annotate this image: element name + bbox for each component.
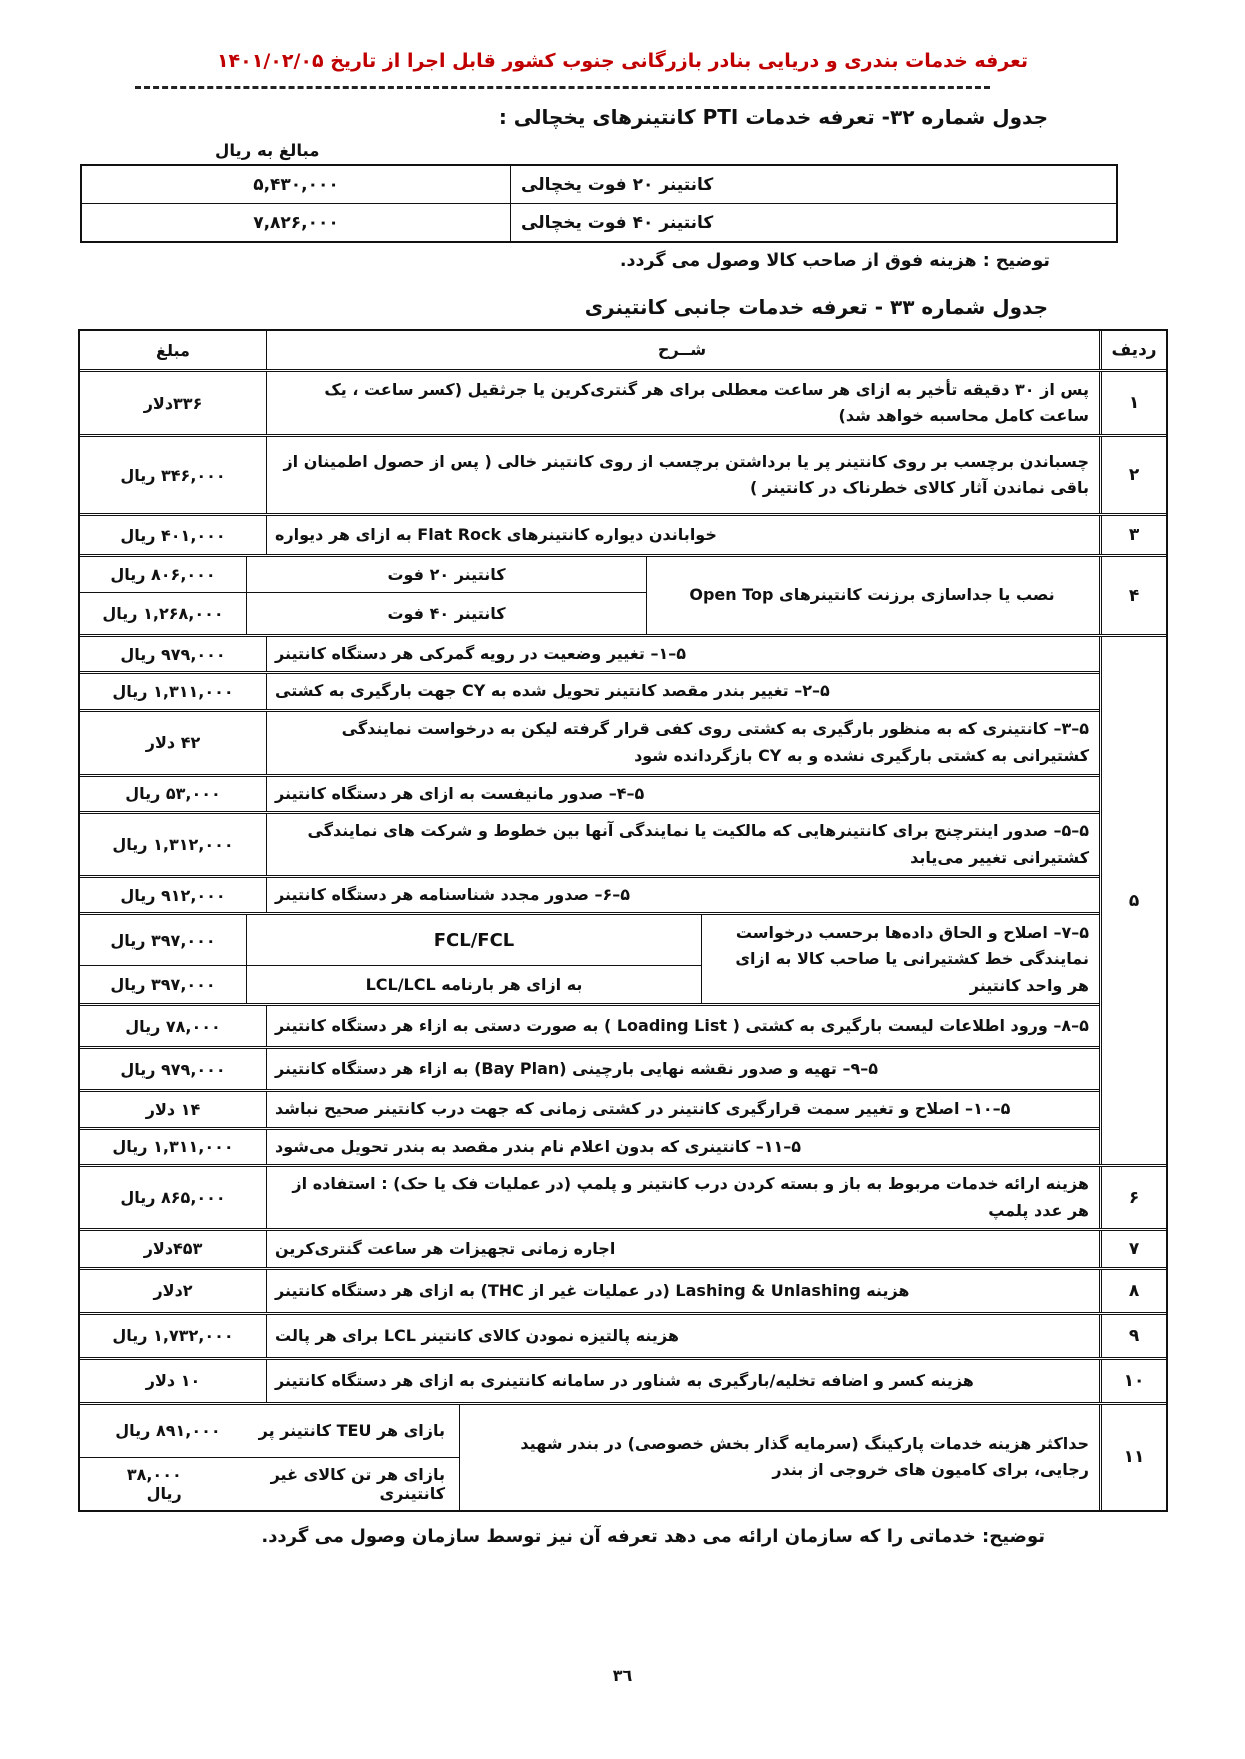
table-row: ۶ هزینه ارائه خدمات مربوط به باز و بسته … xyxy=(80,1164,1166,1228)
table-row: کانتینر ۲۰ فوت یخچالی ۵,۴۳۰,۰۰۰ xyxy=(82,166,1116,203)
service-description-cell: هزینه پالتیزه نمودن کالای کانتینر LCL بر… xyxy=(266,1315,1099,1357)
service-description-cell: هزینه Lashing & Unlashing (در عملیات غیر… xyxy=(266,1270,1099,1312)
amount-cell: ۱۴ دلار xyxy=(80,1092,266,1126)
amount-cell: ۲دلار xyxy=(80,1270,266,1312)
sub-label-cell: LCL/LCL به ازای هر بارنامه xyxy=(246,966,701,1003)
col-header-amount: مبلغ xyxy=(80,331,266,369)
sub-label-cell: کانتینر ۲۰ فوت xyxy=(246,557,646,592)
row-number-cell: ۱۱ xyxy=(1099,1405,1166,1510)
table-row: ۳ خواباندن دیواره کانتینرهای Flat Rock ب… xyxy=(80,513,1166,554)
table-row: کانتینر ۴۰ فوت یخچالی ۷,۸۲۶,۰۰۰ xyxy=(82,203,1116,241)
table-header-row: ردیف شــرح مبلغ xyxy=(80,331,1166,369)
table-row: ۲ چسباندن برچسب بر روی کانتینر پر یا برد… xyxy=(80,434,1166,513)
sub-row: بازای هر تن کالای غیر کانتینری ۳۸,۰۰۰ ری… xyxy=(80,1457,459,1510)
service-description-cell: ۵–۳– کانتینری که به منظور بارگیری به کشت… xyxy=(266,712,1099,774)
amount-cell: ۵,۴۳۰,۰۰۰ xyxy=(82,166,510,203)
amount-cell: ۷,۸۲۶,۰۰۰ xyxy=(82,204,510,241)
service-description-cell: هزینه ارائه خدمات مربوط به باز و بسته کر… xyxy=(266,1167,1099,1228)
sub-row: ۵–۱– تغییر وضعیت در رویه گمرکی هر دستگاه… xyxy=(80,637,1099,671)
amount-cell: ۱۰ دلار xyxy=(80,1360,266,1402)
row-number-cell: ۴ xyxy=(1099,557,1166,634)
table-row: ۷ اجاره زمانی تجهیزات هر ساعت گنتری‌کرین… xyxy=(80,1228,1166,1267)
row-number-cell: ۹ xyxy=(1099,1315,1166,1357)
service-description-cell: اجاره زمانی تجهیزات هر ساعت گنتری‌کرین xyxy=(266,1231,1099,1267)
sub-label-cell: FCL/FCL xyxy=(246,915,701,965)
amount-cell: ۵۳,۰۰۰ ریال xyxy=(80,777,266,811)
amount-cell: ۷۸,۰۰۰ ریال xyxy=(80,1006,266,1046)
sub-row: FCL/FCL ۳۹۷,۰۰۰ ریال xyxy=(80,915,701,965)
table32-title: جدول شماره ۳۲- تعرفه خدمات PTI کانتینرها… xyxy=(0,105,1048,129)
amount-cell: ۹۷۹,۰۰۰ ریال xyxy=(80,1049,266,1089)
table-row-group-5: ۵ ۵–۱– تغییر وضعیت در رویه گمرکی هر دستگ… xyxy=(80,634,1166,1164)
service-description-cell: چسباندن برچسب بر روی کانتینر پر یا برداش… xyxy=(266,437,1099,513)
row-number-cell: ۸ xyxy=(1099,1270,1166,1312)
service-description-cell: خواباندن دیواره کانتینرهای Flat Rock به … xyxy=(266,516,1099,554)
row-number-cell: ۶ xyxy=(1099,1167,1166,1228)
amount-cell: ۱,۲۶۸,۰۰۰ ریال xyxy=(80,593,246,634)
table32-reefer-pti: کانتینر ۲۰ فوت یخچالی ۵,۴۳۰,۰۰۰ کانتینر … xyxy=(80,164,1118,243)
sub-row: ۵–۶– صدور مجدد شناسنامه هر دستگاه کانتین… xyxy=(80,875,1099,912)
amount-cell: ۹۷۹,۰۰۰ ریال xyxy=(80,637,266,671)
service-description-cell: ۵–۱۱– کانتینری که بدون اعلام نام بندر مق… xyxy=(266,1130,1099,1164)
service-description-cell: ۵–۴– صدور مانیفست به ازای هر دستگاه کانت… xyxy=(266,777,1099,811)
amount-cell: ۴۰۱,۰۰۰ ریال xyxy=(80,516,266,554)
container-type-cell: کانتینر ۲۰ فوت یخچالی xyxy=(510,166,1116,203)
document-page: تعرفه خدمات بندری و دریایی بنادر بازرگان… xyxy=(0,0,1245,1759)
sub-row: ۵–۲– تغییر بندر مقصد کانتینر تحویل شده ب… xyxy=(80,671,1099,708)
amount-value: ۳۸,۰۰۰ ریال xyxy=(94,1465,182,1503)
table-row: ۱۰ هزینه کسر و اضافه تخلیه/بارگیری به شن… xyxy=(80,1357,1166,1402)
sub-row: ۵–۱۱– کانتینری که بدون اعلام نام بندر مق… xyxy=(80,1127,1099,1164)
col-header-description: شــرح xyxy=(266,331,1099,369)
sub-row: ۵–۱۰– اصلاح و تغییر سمت قرارگیری کانتینر… xyxy=(80,1089,1099,1126)
amount-cell: ۴۲ دلار xyxy=(80,712,266,774)
service-description-cell: پس از ۳۰ دقیقه تأخیر به ازای هر ساعت معط… xyxy=(266,372,1099,434)
service-description-cell: ۵–۲– تغییر بندر مقصد کانتینر تحویل شده ب… xyxy=(266,674,1099,708)
table-row: ۱ پس از ۳۰ دقیقه تأخیر به ازای هر ساعت م… xyxy=(80,369,1166,434)
row-number-cell: ۱ xyxy=(1099,372,1166,434)
service-description-cell: ۵–۷– اصلاح و الحاق داده‌ها برحسب درخواست… xyxy=(701,915,1099,1003)
amount-cell: ۳۹۷,۰۰۰ ریال xyxy=(80,966,246,1003)
amount-value: ۸۹۱,۰۰۰ ریال xyxy=(115,1421,220,1440)
sub-row: کانتینر ۲۰ فوت ۸۰۶,۰۰۰ ریال xyxy=(80,557,646,592)
amount-cell: ۴۵۳دلار xyxy=(80,1231,266,1267)
amount-cell: ۱,۷۳۲,۰۰۰ ریال xyxy=(80,1315,266,1357)
amount-cell: ۱,۳۱۱,۰۰۰ ریال xyxy=(80,1130,266,1164)
row-number-cell: ۳ xyxy=(1099,516,1166,554)
table33-title: جدول شماره ۳۳ - تعرفه خدمات جانبی کانتین… xyxy=(0,295,1048,319)
sub-row: ۵–۷– اصلاح و الحاق داده‌ها برحسب درخواست… xyxy=(80,912,1099,1003)
service-description-cell: ۵–۱– تغییر وضعیت در رویه گمرکی هر دستگاه… xyxy=(266,637,1099,671)
service-description-cell: ۵–۶– صدور مجدد شناسنامه هر دستگاه کانتین… xyxy=(266,878,1099,912)
col-header-row-number: ردیف xyxy=(1099,331,1166,369)
sub-row: ۵–۴– صدور مانیفست به ازای هر دستگاه کانت… xyxy=(80,774,1099,811)
service-description-cell: ۵–۹– تهیه و صدور نقشه نهایی بارچینی (Bay… xyxy=(266,1049,1099,1089)
service-description-cell: ۵–۸– ورود اطلاعات لیست بارگیری به کشتی (… xyxy=(266,1006,1099,1046)
table-row: ۹ هزینه پالتیزه نمودن کالای کانتینر LCL … xyxy=(80,1312,1166,1357)
service-description-cell: ۵–۵– صدور اینترچنج برای کانتینرهایی که م… xyxy=(266,814,1099,875)
currency-unit-label: مبالغ به ریال xyxy=(215,141,1245,160)
sub-row: LCL/LCL به ازای هر بارنامه ۳۹۷,۰۰۰ ریال xyxy=(80,965,701,1003)
amount-cell: ۳۴۶,۰۰۰ ریال xyxy=(80,437,266,513)
table-row: ۴ نصب یا جداسازی برزنت کانتینرهای Open T… xyxy=(80,554,1166,634)
amount-cell: ۹۱۲,۰۰۰ ریال xyxy=(80,878,266,912)
table33-note: توضیح: خدماتی را که سازمان ارائه می دهد … xyxy=(0,1526,1045,1547)
amount-cell: ۳۳۶دلار xyxy=(80,372,266,434)
sub-row: ۵–۳– کانتینری که به منظور بارگیری به کشت… xyxy=(80,709,1099,774)
row-number-cell: ۱۰ xyxy=(1099,1360,1166,1402)
sub-row: بازای هر TEU کانتینر پر ۸۹۱,۰۰۰ ریال xyxy=(80,1405,459,1457)
service-description-cell: هزینه کسر و اضافه تخلیه/بارگیری به شناور… xyxy=(266,1360,1099,1402)
amount-cell: ۳۹۷,۰۰۰ ریال xyxy=(80,915,246,965)
amount-cell: ۸۶۵,۰۰۰ ریال xyxy=(80,1167,266,1228)
sub-row: کانتینر ۴۰ فوت ۱,۲۶۸,۰۰۰ ریال xyxy=(80,592,646,634)
row-number-cell: ۷ xyxy=(1099,1231,1166,1267)
service-description-cell: ۵–۱۰– اصلاح و تغییر سمت قرارگیری کانتینر… xyxy=(266,1092,1099,1126)
sub-label: بازای هر TEU کانتینر پر xyxy=(259,1421,445,1440)
table33-container-side-services: ردیف شــرح مبلغ ۱ پس از ۳۰ دقیقه تأخیر ب… xyxy=(78,329,1168,1512)
amount-cell: ۱,۳۱۱,۰۰۰ ریال xyxy=(80,674,266,708)
sub-cell-block: کانتینر ۲۰ فوت ۸۰۶,۰۰۰ ریال کانتینر ۴۰ ف… xyxy=(80,557,646,634)
amount-cell: ۱,۳۱۲,۰۰۰ ریال xyxy=(80,814,266,875)
sub-row: ۵–۹– تهیه و صدور نقشه نهایی بارچینی (Bay… xyxy=(80,1046,1099,1089)
sub-cell-block: بازای هر TEU کانتینر پر ۸۹۱,۰۰۰ ریال باز… xyxy=(80,1405,459,1510)
row-number-cell: ۵ xyxy=(1099,637,1166,1164)
service-description-cell: حداکثر هزینه خدمات پارکینگ (سرمایه گذار … xyxy=(459,1405,1099,1510)
amount-cell: ۸۰۶,۰۰۰ ریال xyxy=(80,557,246,592)
sub-row: ۵–۵– صدور اینترچنج برای کانتینرهایی که م… xyxy=(80,811,1099,875)
sub-label: بازای هر تن کالای غیر کانتینری xyxy=(220,1465,445,1503)
table32-note: توضیح : هزینه فوق از صاحب کالا وصول می گ… xyxy=(0,251,1050,271)
dashed-divider xyxy=(135,86,990,89)
container-type-cell: کانتینر ۴۰ فوت یخچالی xyxy=(510,204,1116,241)
document-header-title: تعرفه خدمات بندری و دریایی بنادر بازرگان… xyxy=(0,46,1245,76)
table-row: ۱۱ حداکثر هزینه خدمات پارکینگ (سرمایه گذ… xyxy=(80,1402,1166,1510)
sub-row: ۵–۸– ورود اطلاعات لیست بارگیری به کشتی (… xyxy=(80,1003,1099,1046)
row-number-cell: ۲ xyxy=(1099,437,1166,513)
service-description-cell: نصب یا جداسازی برزنت کانتینرهای Open Top xyxy=(646,557,1099,634)
sub-cell-block: FCL/FCL ۳۹۷,۰۰۰ ریال LCL/LCL به ازای هر … xyxy=(80,915,701,1003)
page-number: ٣٦ xyxy=(0,1666,1245,1685)
table-row: ۸ هزینه Lashing & Unlashing (در عملیات غ… xyxy=(80,1267,1166,1312)
group5-rows: ۵–۱– تغییر وضعیت در رویه گمرکی هر دستگاه… xyxy=(80,637,1099,1164)
sub-label-cell: کانتینر ۴۰ فوت xyxy=(246,593,646,634)
